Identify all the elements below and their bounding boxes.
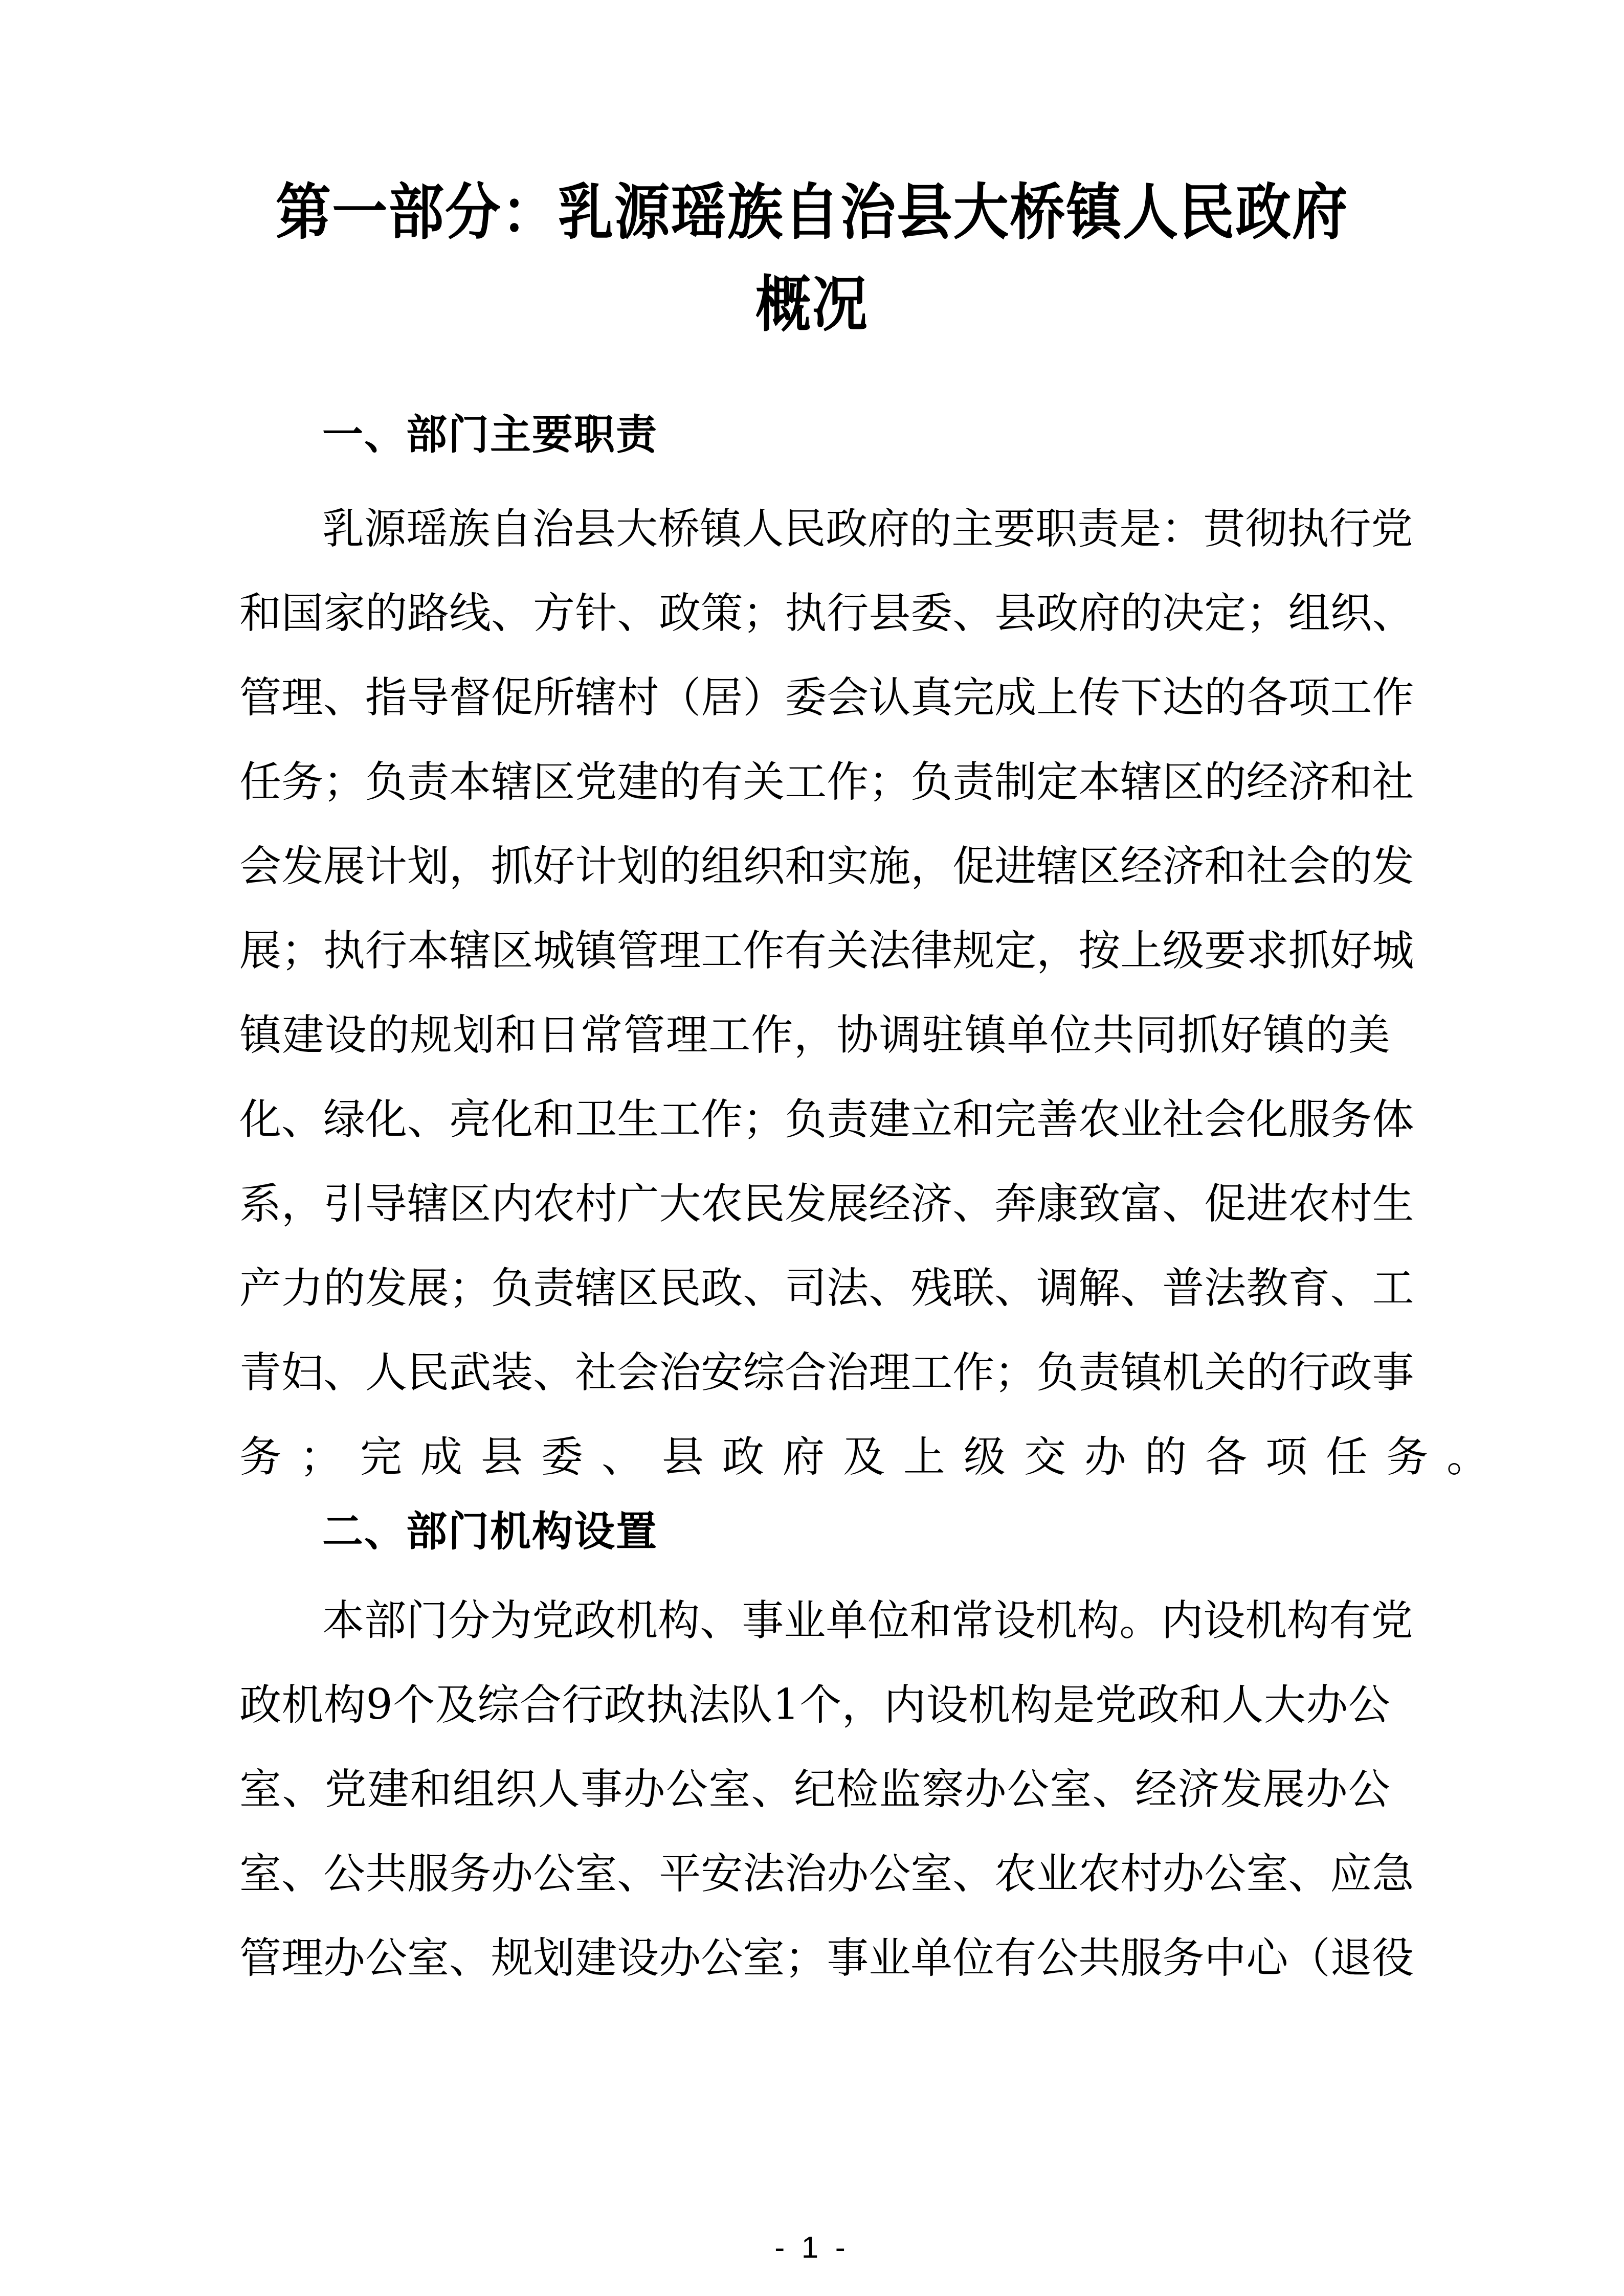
paragraph-line: 和国家的路线、方针、政策；执行县委、县政府的决定；组织、	[239, 588, 1390, 639]
paragraph-line: 室、公共服务办公室、平安法治办公室、农业农村办公室、应急	[239, 1849, 1390, 1900]
section-heading-responsibilities: 一、部门主要职责	[322, 409, 658, 460]
paragraph-line-last: 务；完成县委、县政府及上级交办的各项任务。	[239, 1432, 1390, 1483]
paragraph-line: 产力的发展；负责辖区民政、司法、残联、调解、普法教育、工	[239, 1263, 1390, 1314]
paragraph-line: 展；执行本辖区城镇管理工作有关法律规定，按上级要求抓好城	[239, 926, 1390, 977]
paragraph-line: 管理、指导督促所辖村（居）委会认真完成上传下达的各项工作	[239, 672, 1390, 724]
paragraph-line-text: 务；完成县委、县政府及上级交办的各项任务。	[239, 1433, 1507, 1481]
paragraph-line: 化、绿化、亮化和卫生工作；负责建立和完善农业社会化服务体	[239, 1094, 1390, 1145]
paragraph-line: 系，引导辖区内农村广大农民发展经济、奔康致富、促进农村生	[239, 1179, 1390, 1230]
paragraph-line: 乳源瑶族自治县大桥镇人民政府的主要职责是：贯彻执行党	[322, 504, 1390, 555]
document-title-line-2: 概况	[65, 268, 1559, 340]
document-page: 第一部分：乳源瑶族自治县大桥镇人民政府 概况 一、部门主要职责 乳源瑶族自治县大…	[0, 0, 1624, 2296]
paragraph-line: 本部门分为党政机构、事业单位和常设机构。内设机构有党	[322, 1595, 1390, 1647]
page-number: - 1 -	[0, 2230, 1624, 2265]
paragraph-line: 室、党建和组织人事办公室、纪检监察办公室、经济发展办公	[239, 1764, 1390, 1815]
document-title-line-1: 第一部分：乳源瑶族自治县大桥镇人民政府	[65, 176, 1559, 248]
paragraph-line: 管理办公室、规划建设办公室；事业单位有公共服务中心（退役	[239, 1933, 1390, 1984]
paragraph-line: 青妇、人民武装、社会治安综合治理工作；负责镇机关的行政事	[239, 1347, 1390, 1399]
paragraph-line: 会发展计划，抓好计划的组织和实施，促进辖区经济和社会的发	[239, 841, 1390, 892]
section-heading-organization: 二、部门机构设置	[322, 1506, 658, 1557]
paragraph-line: 政机构9个及综合行政执法队1个，内设机构是党政和人大办公	[239, 1680, 1390, 1731]
paragraph-line: 镇建设的规划和日常管理工作，协调驻镇单位共同抓好镇的美	[239, 1010, 1390, 1061]
paragraph-line: 任务；负责本辖区党建的有关工作；负责制定本辖区的经济和社	[239, 757, 1390, 808]
